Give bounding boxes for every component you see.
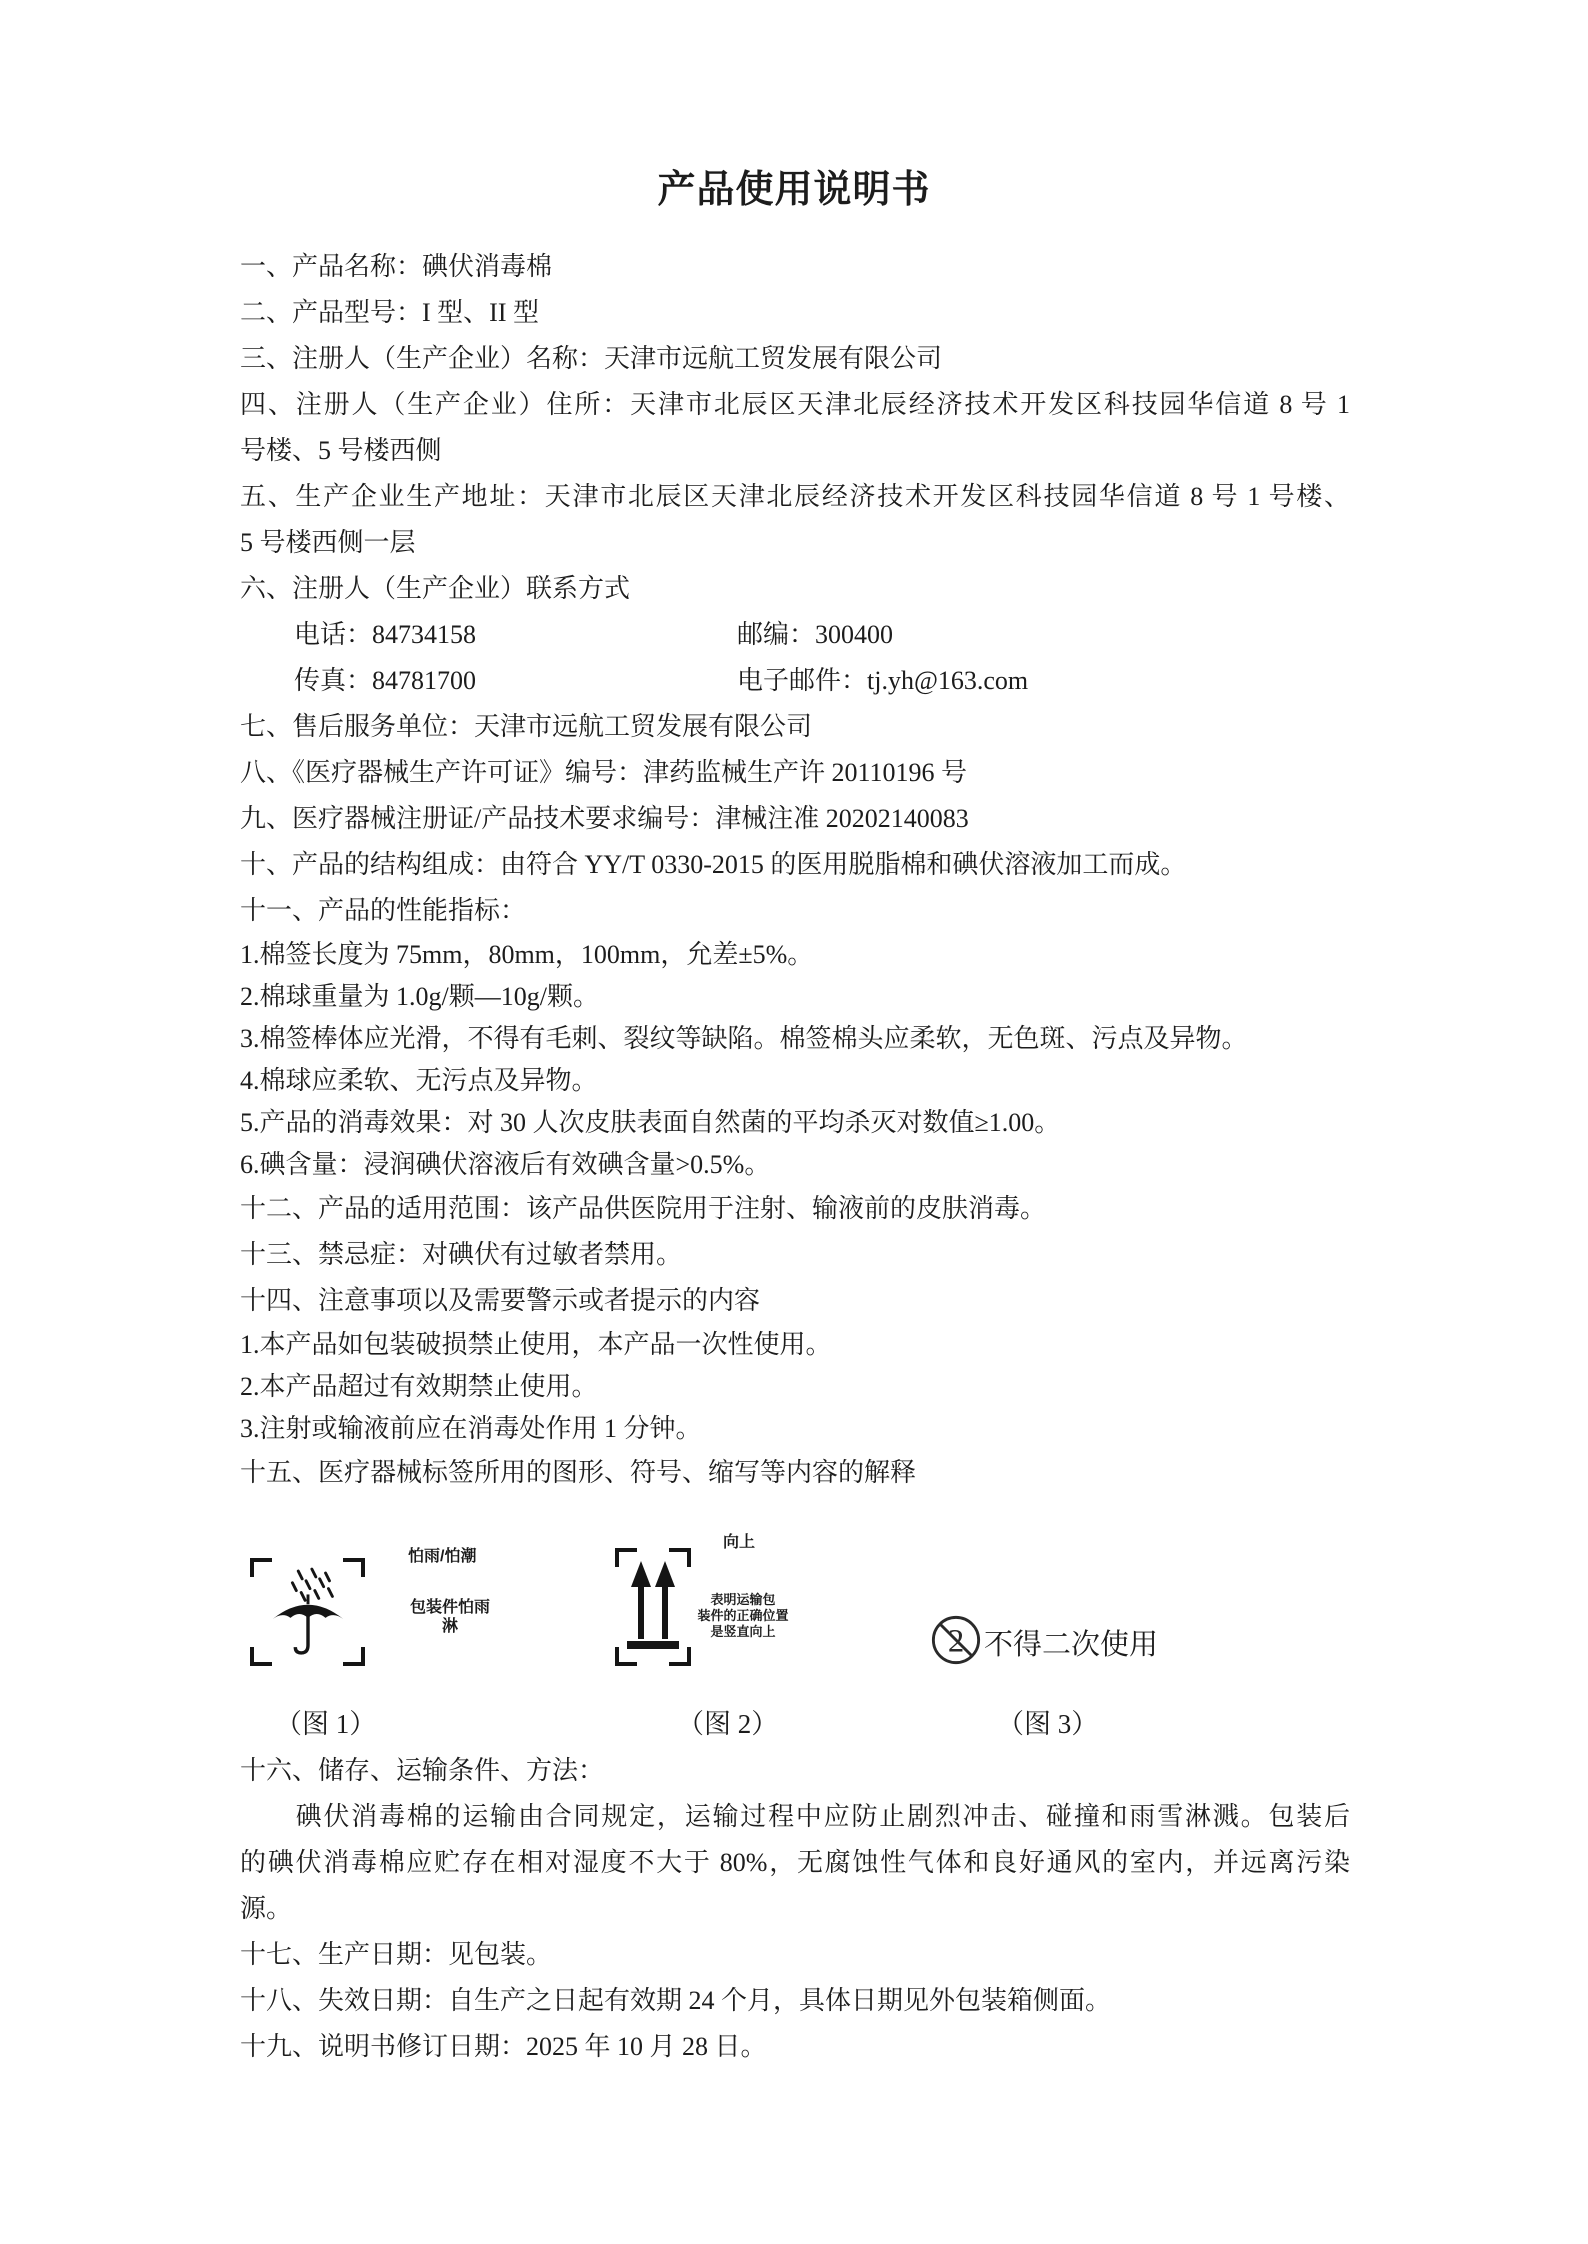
zip-value: 邮编：300400 (737, 612, 1350, 658)
line-contraindication: 十三、禁忌症：对碘伏有过敏者禁用。 (240, 1232, 1350, 1278)
line-precautions-heading: 十四、注意事项以及需要警示或者提示的内容 (240, 1278, 1350, 1324)
this-way-up-icon (615, 1548, 691, 1666)
line-contact-heading: 六、注册人（生产企业）联系方式 (240, 566, 1350, 612)
line-product-model: 二、产品型号：I 型、II 型 (240, 290, 1350, 336)
fig2-symbol-name: 向上 (723, 1534, 755, 1552)
line-after-sales-unit: 七、售后服务单位：天津市远航工贸发展有限公司 (240, 704, 1350, 750)
line-symbols-heading: 十五、医疗器械标签所用的图形、符号、缩写等内容的解释 (240, 1450, 1350, 1496)
figure-caption-1: （图 1） (275, 1708, 376, 1740)
line-expiry-date: 十八、失效日期：自生产之日起有效期 24 个月，具体日期见外包装箱侧面。 (240, 1978, 1350, 2024)
line-performance-1: 1.棉签长度为 75mm，80mm，100mm，允差±5%。 (240, 934, 1350, 976)
line-precaution-3: 3.注射或输液前应在消毒处作用 1 分钟。 (240, 1408, 1350, 1450)
line-revision-date: 十九、说明书修订日期：2025 年 10 月 28 日。 (240, 2024, 1350, 2070)
line-production-address-2: 5 号楼西侧一层 (240, 520, 1350, 566)
fig3-symbol-meaning: 不得二次使用 (984, 1628, 1158, 1662)
fig1-symbol-meaning: 包装件怕雨 淋 (390, 1598, 510, 1636)
line-performance-6: 6.碘含量：浸润碘伏溶液后有效碘含量>0.5%。 (240, 1144, 1350, 1186)
fig1-meaning-line2: 淋 (390, 1617, 510, 1636)
fig2-symbol-meaning: 表明运输包 装件的正确位置 是竖直向上 (688, 1592, 798, 1640)
contact-row-1: 电话：84734158 邮编：300400 (240, 612, 1350, 658)
line-registrant-name: 三、注册人（生产企业）名称：天津市远航工贸发展有限公司 (240, 336, 1350, 382)
line-performance-3: 3.棉签棒体应光滑，不得有毛刺、裂纹等缺陷。棉签棉头应柔软，无色斑、污点及异物。 (240, 1018, 1350, 1060)
line-production-date: 十七、生产日期：见包装。 (240, 1932, 1350, 1978)
instruction-document-page: 产品使用说明书 一、产品名称：碘伏消毒棉 二、产品型号：I 型、II 型 三、注… (0, 0, 1588, 2244)
fig1-symbol-name: 怕雨/怕潮 (408, 1548, 476, 1566)
line-registrant-address-1: 四、注册人（生产企业）住所：天津市北辰区天津北辰经济技术开发区科技园华信道 8 … (240, 382, 1350, 428)
contact-row-2: 传真：84781700 电子邮件：tj.yh@163.com (240, 658, 1350, 704)
line-performance-heading: 十一、产品的性能指标： (240, 888, 1350, 934)
line-application-scope: 十二、产品的适用范围：该产品供医院用于注射、输液前的皮肤消毒。 (240, 1186, 1350, 1232)
figure-caption-3: （图 3） (997, 1708, 1098, 1740)
line-precaution-2: 2.本产品超过有效期禁止使用。 (240, 1366, 1350, 1408)
figure-caption-2: （图 2） (677, 1708, 778, 1740)
line-performance-2: 2.棉球重量为 1.0g/颗—10g/颗。 (240, 976, 1350, 1018)
document-body: 一、产品名称：碘伏消毒棉 二、产品型号：I 型、II 型 三、注册人（生产企业）… (0, 244, 1588, 2070)
fig2-meaning-line2: 装件的正确位置 (688, 1608, 798, 1624)
line-production-license: 八、《医疗器械生产许可证》编号：津药监械生产许 20110196 号 (240, 750, 1350, 796)
fax-value: 传真：84781700 (294, 658, 737, 704)
line-product-name: 一、产品名称：碘伏消毒棉 (240, 244, 1350, 290)
line-storage-heading: 十六、储存、运输条件、方法： (240, 1748, 1350, 1794)
line-storage-text-1: 碘伏消毒棉的运输由合同规定，运输过程中应防止剧烈冲击、碰撞和雨雪淋溅。包装后 (240, 1794, 1350, 1840)
label-symbols-figures: 怕雨/怕潮 包装件怕雨 淋 向上 表明运输包 装件的正确位置 (240, 1496, 1350, 1748)
line-performance-4: 4.棉球应柔软、无污点及异物。 (240, 1060, 1350, 1102)
line-precaution-1: 1.本产品如包装破损禁止使用，本产品一次性使用。 (240, 1324, 1350, 1366)
line-performance-5: 5.产品的消毒效果：对 30 人次皮肤表面自然菌的平均杀灭对数值≥1.00。 (240, 1102, 1350, 1144)
line-registration-number: 九、医疗器械注册证/产品技术要求编号：津械注准 20202140083 (240, 796, 1350, 842)
fig2-meaning-line3: 是竖直向上 (688, 1624, 798, 1640)
fig2-meaning-line1: 表明运输包 (688, 1592, 798, 1608)
line-storage-text-3: 源。 (240, 1886, 1350, 1932)
page-title: 产品使用说明书 (0, 168, 1588, 212)
line-storage-text-2: 的碘伏消毒棉应贮存在相对湿度不大于 80%，无腐蚀性气体和良好通风的室内，并远离… (240, 1840, 1350, 1886)
line-registrant-address-2: 号楼、5 号楼西侧 (240, 428, 1350, 474)
line-structure-composition: 十、产品的结构组成：由符合 YY/T 0330-2015 的医用脱脂棉和碘伏溶液… (240, 842, 1350, 888)
do-not-reuse-icon: 2 (930, 1614, 982, 1666)
phone-value: 电话：84734158 (294, 612, 737, 658)
fig1-meaning-line1: 包装件怕雨 (390, 1598, 510, 1617)
line-production-address-1: 五、生产企业生产地址：天津市北辰区天津北辰经济技术开发区科技园华信道 8 号 1… (240, 474, 1350, 520)
email-value: 电子邮件：tj.yh@163.com (737, 658, 1350, 704)
umbrella-rain-icon (250, 1558, 365, 1666)
